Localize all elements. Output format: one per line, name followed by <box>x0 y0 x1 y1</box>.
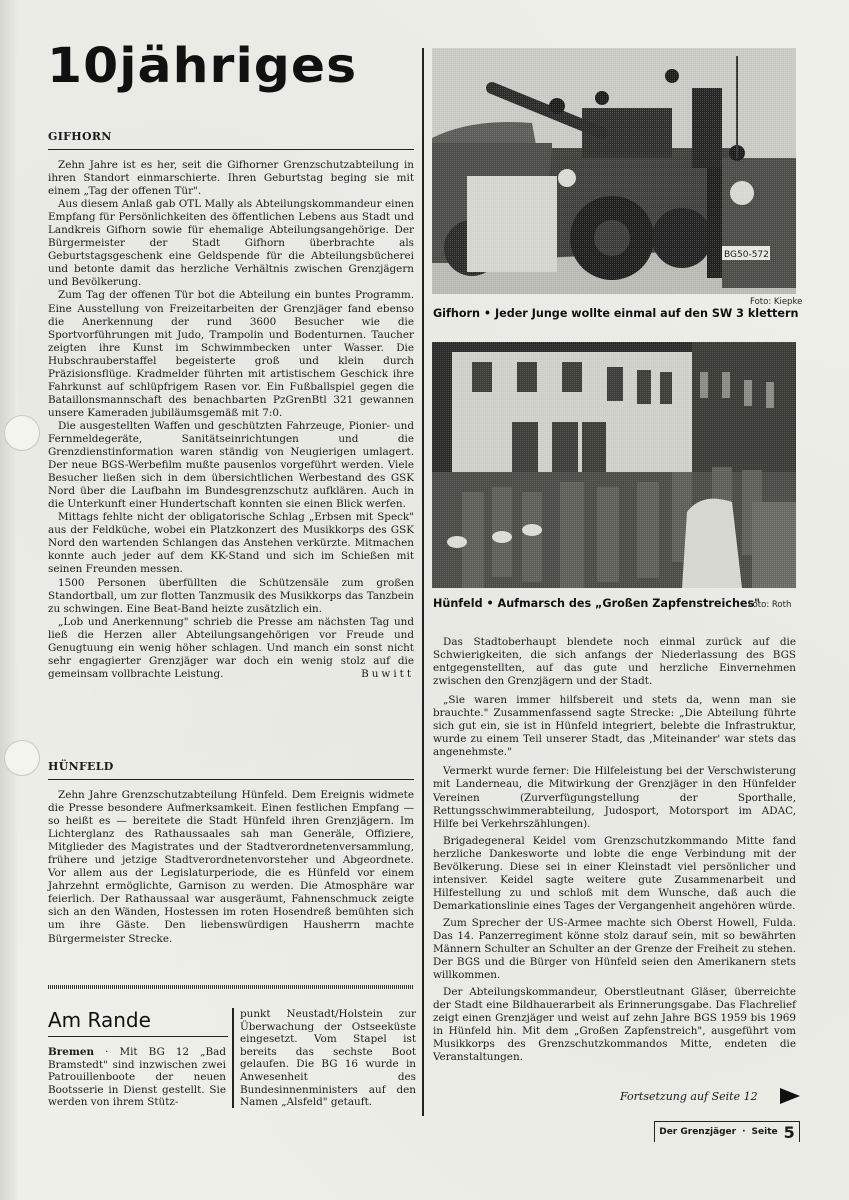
punch-hole <box>4 415 40 451</box>
paragraph: Der Abteilungskommandeur, Oberstleutnant… <box>433 986 796 1064</box>
arrow-right-icon <box>780 1088 800 1104</box>
huenfeld-article: HÜNFELD Zehn Jahre Grenzschutzabteilung … <box>48 760 414 946</box>
binding-edge <box>0 0 18 1200</box>
paragraph: Das Stadtoberhaupt blendete noch einmal … <box>433 636 796 688</box>
photo-armored-vehicle: BG50-572 <box>432 48 796 294</box>
author-byline: Buwitt <box>351 668 414 681</box>
paragraph: Zehn Jahre ist es her, seit die Gifhorne… <box>48 159 414 198</box>
paragraph: Zum Sprecher der US-Armee machte sich Ob… <box>433 917 796 982</box>
huenfeld-body: Zehn Jahre Grenzschutzabteilung Hünfeld.… <box>48 789 414 946</box>
am-rande-title: Am Rande <box>48 1008 228 1037</box>
paragraph: „Lob und Anerkennung" schrieb die Presse… <box>48 616 414 681</box>
page-label: Seite <box>752 1127 778 1137</box>
paragraph: Vermerkt wurde ferner: Die Hilfeleistung… <box>433 765 796 830</box>
armored-vehicle-image: BG50-572 <box>432 48 796 294</box>
gifhorn-body: Zehn Jahre ist es her, seit die Gifhorne… <box>48 159 414 681</box>
huenfeld-continued: Das Stadtoberhaupt blendete noch einmal … <box>433 636 796 1064</box>
photo-credit: Foto: Roth <box>748 600 791 610</box>
section-heading-huenfeld: HÜNFELD <box>48 760 414 780</box>
paragraph: Die ausgestellten Waffen und geschützten… <box>48 420 414 511</box>
paragraph: Mittags fehlte nicht der obligatorische … <box>48 511 414 576</box>
dateline: Bremen <box>48 1046 94 1058</box>
section-heading-gifhorn: GIFHORN <box>48 130 414 150</box>
photo-tattoo-parade <box>432 342 796 588</box>
paragraph: Brigadegeneral Keidel vom Grenzschutzkom… <box>433 835 796 913</box>
am-rande-column-1: Bremen · Mit BG 12 „Bad Bramstedt" sind … <box>48 1046 226 1109</box>
publication-name: Der Grenzjäger <box>659 1127 736 1137</box>
gifhorn-article: GIFHORN Zehn Jahre ist es her, seit die … <box>48 130 414 681</box>
paragraph: 1500 Personen überfüllten die Schützensä… <box>48 577 414 616</box>
page-headline: 10jähriges <box>47 42 357 90</box>
photo-caption: Gifhorn • Jeder Junge wollte einmal auf … <box>433 307 798 320</box>
continuation-link[interactable]: Fortsetzung auf Seite 12 <box>620 1090 758 1103</box>
paragraph: Zum Tag der offenen Tür bot die Abteilun… <box>48 289 414 419</box>
am-rande-column-2: punkt Neustadt/Holstein zur Überwachung … <box>240 1008 416 1109</box>
separator: · <box>742 1127 745 1137</box>
paragraph: „Sie waren immer hilfsbereit und stets d… <box>433 694 796 759</box>
punch-hole <box>4 740 40 776</box>
photo-credit: Foto: Kiepke <box>750 297 802 307</box>
paragraph: Zehn Jahre Grenzschutzabteilung Hünfeld.… <box>48 789 414 946</box>
page-number: 5 <box>784 1123 795 1142</box>
paragraph: Aus diesem Anlaß gab OTL Mally als Abtei… <box>48 198 414 289</box>
parade-image <box>432 342 796 588</box>
photo-caption: Hünfeld • Aufmarsch des „Großen Zapfenst… <box>433 597 760 610</box>
column-divider <box>232 1008 234 1108</box>
page-footer: Der Grenzjäger · Seite 5 <box>654 1121 800 1142</box>
column-rule <box>422 48 424 1116</box>
dotted-divider <box>48 985 414 989</box>
